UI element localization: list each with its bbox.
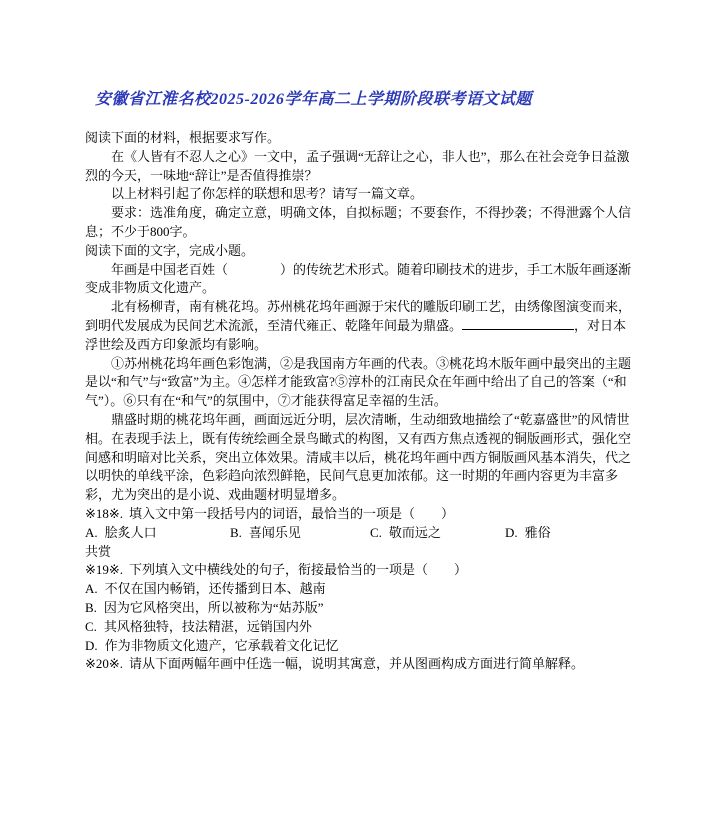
question-20-text: 请从下面两幅年画中任选一幅，说明其寓意，并从图画构成方面进行简单解释。 — [129, 656, 584, 671]
document-body: 阅读下面的材料，根据要求写作。 在《人皆有不忍人之心》一文中，孟子强调“无辞让之… — [85, 129, 634, 674]
option-19-d: D.作为非物质文化遗产，它承载着文化记忆 — [85, 637, 634, 656]
option-19-b: B.因为它风格突出，所以被称为“姑苏版” — [85, 599, 634, 618]
fill-in-blank-line — [462, 317, 574, 330]
option-text: 脍炙人口 — [105, 525, 157, 540]
question-20-stem: ※20※.请从下面两幅年画中任选一幅，说明其寓意，并从图画构成方面进行简单解释。 — [85, 655, 634, 674]
option-text: 喜闻乐见 — [249, 525, 301, 540]
option-text: 作为非物质文化遗产，它承载着文化记忆 — [105, 638, 339, 653]
reading-paragraph-2: 北有杨柳青，南有桃花坞。苏州桃花坞年画源于宋代的雕版印刷工艺，由绣像图演变而来，… — [85, 298, 634, 354]
reading-paragraph-3: ①苏州桃花坞年画色彩饱满，②是我国南方年画的代表。③桃花坞木版年画中最突出的主题… — [85, 355, 634, 411]
option-key: A. — [85, 581, 98, 596]
option-key: D. — [85, 638, 98, 653]
option-text: 不仅在国内畅销，还传播到日本、越南 — [105, 581, 326, 596]
option-key: B. — [230, 525, 242, 540]
document-page: 安徽省江淮名校2025-2026学年高二上学期阶段联考语文试题 阅读下面的材料，… — [0, 0, 718, 825]
question-19-text: 下列填入文中横线处的句子，衔接最恰当的一项是（ ） — [129, 562, 467, 577]
reading-task-intro: 阅读下面的文字，完成小题。 — [85, 242, 634, 261]
option-key: B. — [85, 600, 97, 615]
page-title: 安徽省江淮名校2025-2026学年高二上学期阶段联考语文试题 — [95, 86, 655, 109]
question-20-label: ※20※. — [85, 656, 123, 671]
writing-task-intro: 阅读下面的材料，根据要求写作。 — [85, 129, 634, 148]
option-19-a: A.不仅在国内畅销，还传播到日本、越南 — [85, 580, 634, 599]
question-18-text: 填入文中第一段括号内的词语，最恰当的一项是（ ） — [129, 506, 454, 521]
option-key: C. — [85, 619, 97, 634]
option-19-c: C.其风格独特，技法精湛，远销国内外 — [85, 618, 634, 637]
question-18-stem: ※18※.填入文中第一段括号内的词语，最恰当的一项是（ ） — [85, 505, 634, 524]
question-19-label: ※19※. — [85, 562, 123, 577]
option-key: C. — [370, 525, 382, 540]
writing-task-prompt: 以上材料引起了你怎样的联想和思考？请写一篇文章。 — [85, 185, 634, 204]
option-key: A. — [85, 525, 98, 540]
writing-task-material: 在《人皆有不忍人之心》一文中，孟子强调“无辞让之心，非人也”，那么在社会竞争日益… — [85, 148, 634, 186]
option-18-a: A.脍炙人口 — [85, 524, 230, 543]
option-key: D. — [505, 525, 518, 540]
option-18-c: C.敬而远之 — [370, 524, 505, 543]
option-text: 敬而远之 — [389, 525, 441, 540]
writing-task-requirements: 要求：选准角度，确定立意，明确文体，自拟标题；不要套作，不得抄袭；不得泄露个人信… — [85, 204, 634, 242]
question-18-label: ※18※. — [85, 506, 123, 521]
reading-paragraph-4: 鼎盛时期的桃花坞年画，画面远近分明，层次清晰，生动细致地描绘了“乾嘉盛世”的风情… — [85, 411, 634, 505]
question-19-stem: ※19※.下列填入文中横线处的句子，衔接最恰当的一项是（ ） — [85, 561, 634, 580]
question-18-options: A.脍炙人口B.喜闻乐见C.敬而远之D.雅俗共赏 — [85, 524, 563, 562]
option-18-b: B.喜闻乐见 — [230, 524, 370, 543]
option-text: 其风格独特，技法精湛，远销国内外 — [104, 619, 312, 634]
option-text: 因为它风格突出，所以被称为“姑苏版” — [104, 600, 324, 615]
reading-paragraph-1: 年画是中国老百姓（ ）的传统艺术形式。随着印刷技术的进步，手工木版年画逐渐变成非… — [85, 261, 634, 299]
